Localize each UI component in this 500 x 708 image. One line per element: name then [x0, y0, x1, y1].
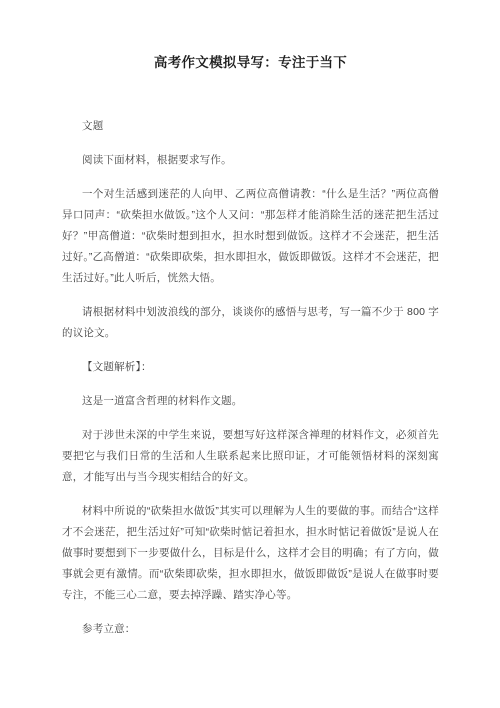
document-title: 高考作文模拟导写：专注于当下: [62, 52, 439, 73]
paragraph-analysis-detail: 材料中所说的“砍柴担水做饭”其实可以理解为人生的要做的事。而结合“这样才不会迷茫…: [62, 501, 439, 606]
paragraph-task: 请根据材料中划波浪线的部分，谈谈你的感悟与思考，写一篇不少于 800 字的议论文…: [62, 302, 439, 344]
document-page: 高考作文模拟导写：专注于当下 文题 阅读下面材料，根据要求写作。 一个对生活感到…: [0, 0, 500, 708]
paragraph-material: 一个对生活感到迷茫的人向甲、乙两位高僧请教：“什么是生活？”两位高僧异口同声：“…: [62, 184, 439, 289]
document-body: 文题 阅读下面材料，根据要求写作。 一个对生活感到迷茫的人向甲、乙两位高僧请教：…: [62, 116, 439, 640]
paragraph-analysis-approach: 对于涉世未深的中学生来说，要想写好这样深含禅理的材料作文，必须首先要把它与我们日…: [62, 425, 439, 488]
paragraph-analysis-heading: 【文题解析】：: [62, 357, 439, 378]
paragraph-reference-ideas-label: 参考立意：: [62, 619, 439, 640]
paragraph-analysis-intro: 这是一道富含哲理的材料作文题。: [62, 391, 439, 412]
paragraph-instruction: 阅读下面材料，根据要求写作。: [62, 150, 439, 171]
paragraph-section-label: 文题: [62, 116, 439, 137]
